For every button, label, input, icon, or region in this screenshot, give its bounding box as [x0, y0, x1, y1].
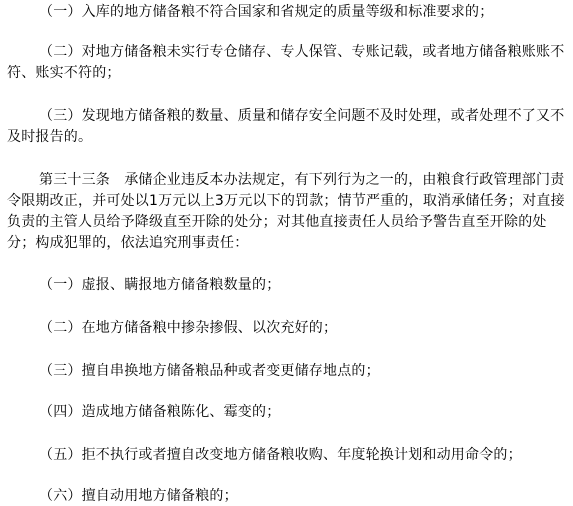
- paragraph-article-33: 第三十三条 承储企业违反本办法规定，有下列行为之一的，由粮食行政管理部门责令限期…: [7, 170, 569, 254]
- list-item-1: （一）虚报、瞒报地方储备粮数量的；: [7, 275, 569, 296]
- list-item-4: （四）造成地方储备粮陈化、霉变的；: [7, 402, 569, 423]
- paragraph-clause-2: （二）对地方储备粮未实行专仓储存、专人保管、专账记载，或者地方储备粮账账不符、账…: [7, 42, 569, 84]
- list-item-2: （二）在地方储备粮中掺杂掺假、以次充好的；: [7, 318, 569, 339]
- paragraph-clause-3: （三）发现地方储备粮的数量、质量和储存安全问题不及时处理，或者处理不了又不及时报…: [7, 106, 569, 148]
- document-body: （一）入库的地方储备粮不符合国家和省规定的质量等级和标准要求的； （二）对地方储…: [0, 0, 573, 506]
- paragraph-clause-1: （一）入库的地方储备粮不符合国家和省规定的质量等级和标准要求的；: [7, 2, 569, 23]
- list-item-6: （六）擅自动用地方储备粮的；: [7, 486, 569, 506]
- list-item-3: （三）擅自串换地方储备粮品种或者变更储存地点的；: [7, 361, 569, 382]
- list-item-5: （五）拒不执行或者擅自改变地方储备粮收购、年度轮换计划和动用命令的；: [7, 445, 569, 466]
